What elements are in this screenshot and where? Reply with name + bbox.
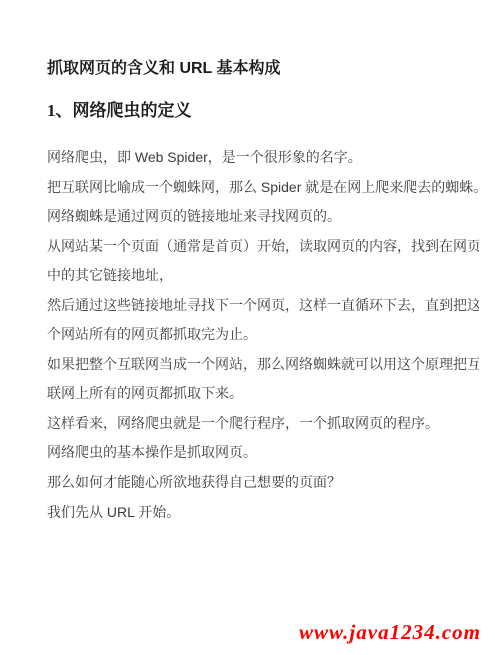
section-title: 网络爬虫的定义 [73,101,192,120]
document-title: 抓取网页的含义和 URL 基本构成 [47,55,281,78]
body-line: 网络蜘蛛是通过网页的链接地址来寻找网页的。 [47,202,479,232]
body-line: 网络爬虫的基本操作是抓取网页。 [47,438,479,468]
body-line: 中的其它链接地址， [47,261,479,291]
body-line: 我们先从 URL 开始。 [47,498,479,528]
section-number: 1、 [47,101,73,120]
body-text: 网络爬虫，即 Web Spider，是一个很形象的名字。 把互联网比喻成一个蜘蛛… [47,143,479,527]
document-page: 抓取网页的含义和 URL 基本构成 1、网络爬虫的定义 网络爬虫，即 Web S… [0,0,495,655]
body-line: 把互联网比喻成一个蜘蛛网，那么 Spider 就是在网上爬来爬去的蜘蛛。 [47,173,479,203]
body-line: 联网上所有的网页都抓取下来。 [47,379,479,409]
section-heading: 1、网络爬虫的定义 [47,96,192,121]
body-line: 从网站某一个页面（通常是首页）开始，读取网页的内容，找到在网页 [47,232,479,262]
body-line: 那么如何才能随心所欲地获得自己想要的页面？ [47,468,479,498]
watermark-site-url: www.java1234.com [299,620,481,645]
body-line: 然后通过这些链接地址寻找下一个网页，这样一直循环下去，直到把这 [47,291,479,321]
body-line: 如果把整个互联网当成一个网站，那么网络蜘蛛就可以用这个原理把互 [47,350,479,380]
body-line: 这样看来，网络爬虫就是一个爬行程序，一个抓取网页的程序。 [47,409,479,439]
body-line: 个网站所有的网页都抓取完为止。 [47,320,479,350]
body-line: 网络爬虫，即 Web Spider，是一个很形象的名字。 [47,143,479,173]
